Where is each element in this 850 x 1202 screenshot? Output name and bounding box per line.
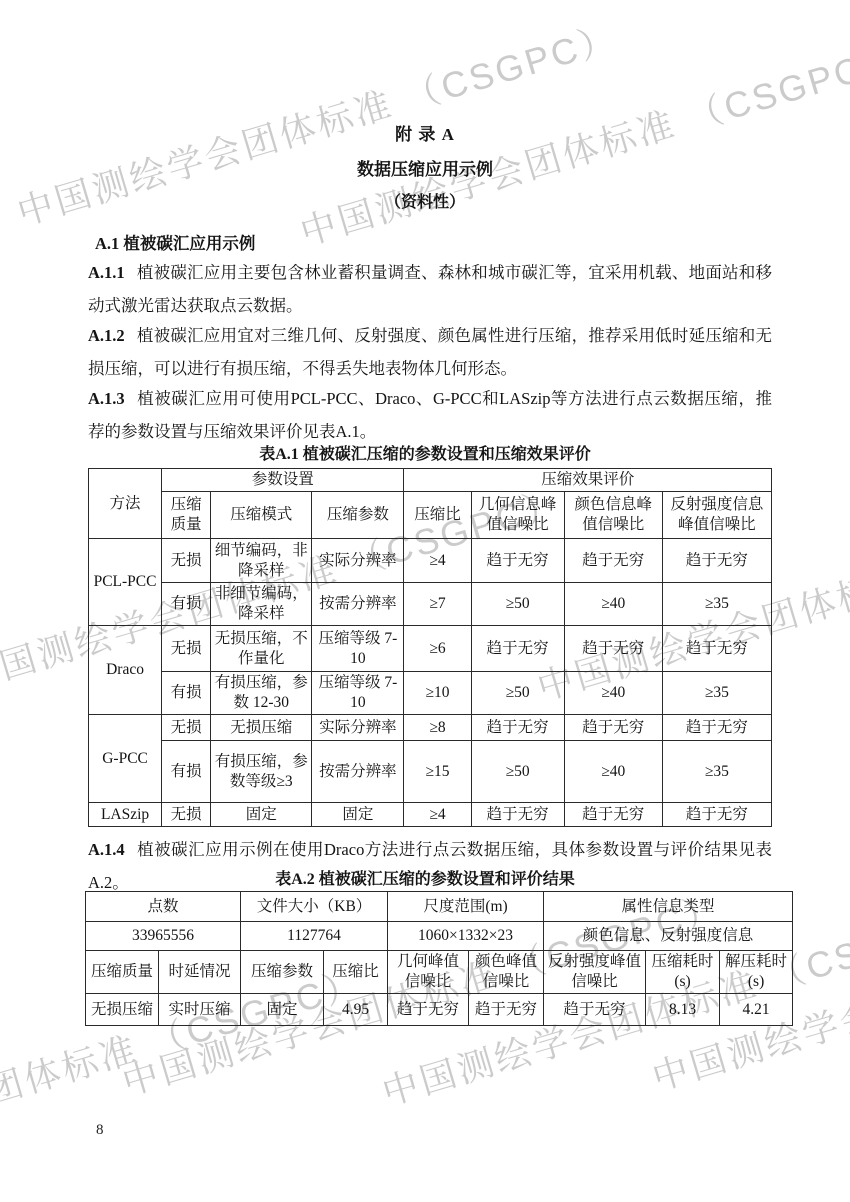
clause-label: A.1.2 bbox=[88, 326, 125, 345]
table-cell: 有损压缩，参数 12-30 bbox=[211, 672, 312, 715]
table-cell: ≥40 bbox=[564, 672, 662, 715]
method-cell: LASzip bbox=[89, 803, 162, 827]
table-cell: 趋于无穷 bbox=[564, 715, 662, 741]
result-value: 趋于无穷 bbox=[469, 994, 544, 1026]
table-cell: 无损 bbox=[162, 626, 211, 672]
result-header: 压缩参数 bbox=[241, 951, 324, 994]
info-header: 属性信息类型 bbox=[544, 892, 793, 922]
header-mode: 压缩模式 bbox=[211, 492, 312, 539]
document-page: 中国测绘学会团体标准 （CSGPC） 中国测绘学会团体标准 （CSGPC） 中国… bbox=[0, 0, 850, 1202]
table-cell: ≥35 bbox=[662, 672, 771, 715]
result-header: 反射强度峰值信噪比 bbox=[544, 951, 646, 994]
table-cell: 趋于无穷 bbox=[662, 626, 771, 672]
table-cell: 有损压缩，参数等级≥3 bbox=[211, 741, 312, 803]
paragraph-a112: A.1.2植被碳汇应用宜对三维几何、反射强度、颜色属性进行压缩，推荐采用低时延压… bbox=[88, 319, 772, 385]
header-eval-group: 压缩效果评价 bbox=[404, 469, 772, 492]
table-cell: ≥35 bbox=[662, 741, 771, 803]
clause-text: 植被碳汇应用宜对三维几何、反射强度、颜色属性进行压缩，推荐采用低时延压缩和无损压… bbox=[88, 326, 772, 378]
table-cell: 趋于无穷 bbox=[564, 803, 662, 827]
clause-label: A.1.3 bbox=[88, 389, 125, 408]
table-cell: 非细节编码，降采样 bbox=[211, 583, 312, 626]
table-cell: 压缩等级 7-10 bbox=[312, 626, 404, 672]
result-value: 实时压缩 bbox=[159, 994, 241, 1026]
result-value: 4.95 bbox=[324, 994, 388, 1026]
header-quality: 压缩质量 bbox=[162, 492, 211, 539]
table-cell: 无损 bbox=[162, 715, 211, 741]
info-value: 1060×1332×23 bbox=[388, 922, 544, 951]
table-cell: 固定 bbox=[312, 803, 404, 827]
table-cell: 趋于无穷 bbox=[564, 626, 662, 672]
info-value: 颜色信息、反射强度信息 bbox=[544, 922, 793, 951]
clause-text: 植被碳汇应用主要包含林业蓄积量调查、森林和城市碳汇等，宜采用机载、地面站和移动式… bbox=[88, 263, 772, 315]
table-cell: ≥50 bbox=[471, 741, 564, 803]
result-header: 几何峰值信噪比 bbox=[388, 951, 469, 994]
method-cell: G-PCC bbox=[89, 715, 162, 803]
table-cell: ≥50 bbox=[471, 672, 564, 715]
table-cell: ≥10 bbox=[404, 672, 471, 715]
result-value: 固定 bbox=[241, 994, 324, 1026]
header-param: 压缩参数 bbox=[312, 492, 404, 539]
informative-note: （资料性） bbox=[0, 189, 850, 212]
appendix-subtitle: 数据压缩应用示例 bbox=[0, 155, 850, 180]
table-cell: 趋于无穷 bbox=[564, 539, 662, 583]
result-header: 时延情况 bbox=[159, 951, 241, 994]
info-header: 点数 bbox=[86, 892, 241, 922]
table-cell: ≥4 bbox=[404, 803, 471, 827]
result-value: 8.13 bbox=[646, 994, 720, 1026]
table-cell: 无损 bbox=[162, 539, 211, 583]
table-a2: 点数 文件大小（KB） 尺度范围(m) 属性信息类型 33965556 1127… bbox=[85, 891, 793, 1026]
table-cell: ≥50 bbox=[471, 583, 564, 626]
result-header: 压缩质量 bbox=[86, 951, 159, 994]
result-value: 趋于无穷 bbox=[544, 994, 646, 1026]
table-a1-caption: 表A.1 植被碳汇压缩的参数设置和压缩效果评价 bbox=[0, 441, 850, 464]
table-cell: ≥15 bbox=[404, 741, 471, 803]
header-psnr-geo: 几何信息峰值信噪比 bbox=[471, 492, 564, 539]
info-value: 1127764 bbox=[241, 922, 388, 951]
table-cell: 无损 bbox=[162, 803, 211, 827]
result-header: 解压耗时(s) bbox=[720, 951, 793, 994]
table-cell: 实际分辨率 bbox=[312, 539, 404, 583]
paragraph-a113: A.1.3植被碳汇应用可使用PCL-PCC、Draco、G-PCC和LASzip… bbox=[88, 382, 772, 448]
header-method: 方法 bbox=[89, 469, 162, 539]
table-cell: ≥4 bbox=[404, 539, 471, 583]
table-cell: ≥6 bbox=[404, 626, 471, 672]
section-heading: A.1 植被碳汇应用示例 bbox=[95, 230, 255, 254]
page-number: 8 bbox=[96, 1122, 104, 1139]
table-cell: 趋于无穷 bbox=[471, 715, 564, 741]
table-cell: 趋于无穷 bbox=[662, 715, 771, 741]
table-cell: 趋于无穷 bbox=[471, 626, 564, 672]
result-value: 无损压缩 bbox=[86, 994, 159, 1026]
table-cell: ≥7 bbox=[404, 583, 471, 626]
table-cell: 趋于无穷 bbox=[471, 539, 564, 583]
table-cell: ≥35 bbox=[662, 583, 771, 626]
document-content: 附 录 A 数据压缩应用示例 （资料性） A.1 植被碳汇应用示例 A.1.1植… bbox=[0, 0, 850, 1202]
table-cell: 按需分辨率 bbox=[312, 583, 404, 626]
table-a1: 方法 参数设置 压缩效果评价 压缩质量 压缩模式 压缩参数 压缩比 几何信息峰值… bbox=[88, 468, 772, 827]
table-cell: 趋于无穷 bbox=[662, 539, 771, 583]
appendix-title: 附 录 A bbox=[0, 120, 850, 145]
table-cell: 有损 bbox=[162, 583, 211, 626]
table-cell: 实际分辨率 bbox=[312, 715, 404, 741]
clause-label: A.1.4 bbox=[88, 840, 125, 859]
clause-label: A.1.1 bbox=[88, 263, 125, 282]
table-cell: 有损 bbox=[162, 672, 211, 715]
result-header: 颜色峰值信噪比 bbox=[469, 951, 544, 994]
header-param-group: 参数设置 bbox=[162, 469, 404, 492]
table-cell: 趋于无穷 bbox=[662, 803, 771, 827]
info-header: 文件大小（KB） bbox=[241, 892, 388, 922]
result-value: 4.21 bbox=[720, 994, 793, 1026]
table-a2-caption: 表A.2 植被碳汇压缩的参数设置和评价结果 bbox=[0, 866, 850, 889]
paragraph-a111: A.1.1植被碳汇应用主要包含林业蓄积量调查、森林和城市碳汇等，宜采用机载、地面… bbox=[88, 256, 772, 322]
info-header: 尺度范围(m) bbox=[388, 892, 544, 922]
table-cell: 趋于无穷 bbox=[471, 803, 564, 827]
result-header: 压缩耗时(s) bbox=[646, 951, 720, 994]
result-header: 压缩比 bbox=[324, 951, 388, 994]
clause-text: 植被碳汇应用可使用PCL-PCC、Draco、G-PCC和LASzip等方法进行… bbox=[88, 389, 772, 441]
method-cell: Draco bbox=[89, 626, 162, 715]
header-psnr-color: 颜色信息峰值信噪比 bbox=[564, 492, 662, 539]
table-cell: ≥40 bbox=[564, 741, 662, 803]
info-value: 33965556 bbox=[86, 922, 241, 951]
table-cell: 无损压缩 bbox=[211, 715, 312, 741]
method-cell: PCL-PCC bbox=[89, 539, 162, 626]
table-cell: 固定 bbox=[211, 803, 312, 827]
table-cell: 有损 bbox=[162, 741, 211, 803]
result-value: 趋于无穷 bbox=[388, 994, 469, 1026]
header-psnr-intensity: 反射强度信息峰值信噪比 bbox=[662, 492, 771, 539]
table-cell: 无损压缩，不作量化 bbox=[211, 626, 312, 672]
table-cell: 细节编码，非降采样 bbox=[211, 539, 312, 583]
table-cell: 按需分辨率 bbox=[312, 741, 404, 803]
table-cell: ≥40 bbox=[564, 583, 662, 626]
table-cell: 压缩等级 7-10 bbox=[312, 672, 404, 715]
header-ratio: 压缩比 bbox=[404, 492, 471, 539]
table-cell: ≥8 bbox=[404, 715, 471, 741]
